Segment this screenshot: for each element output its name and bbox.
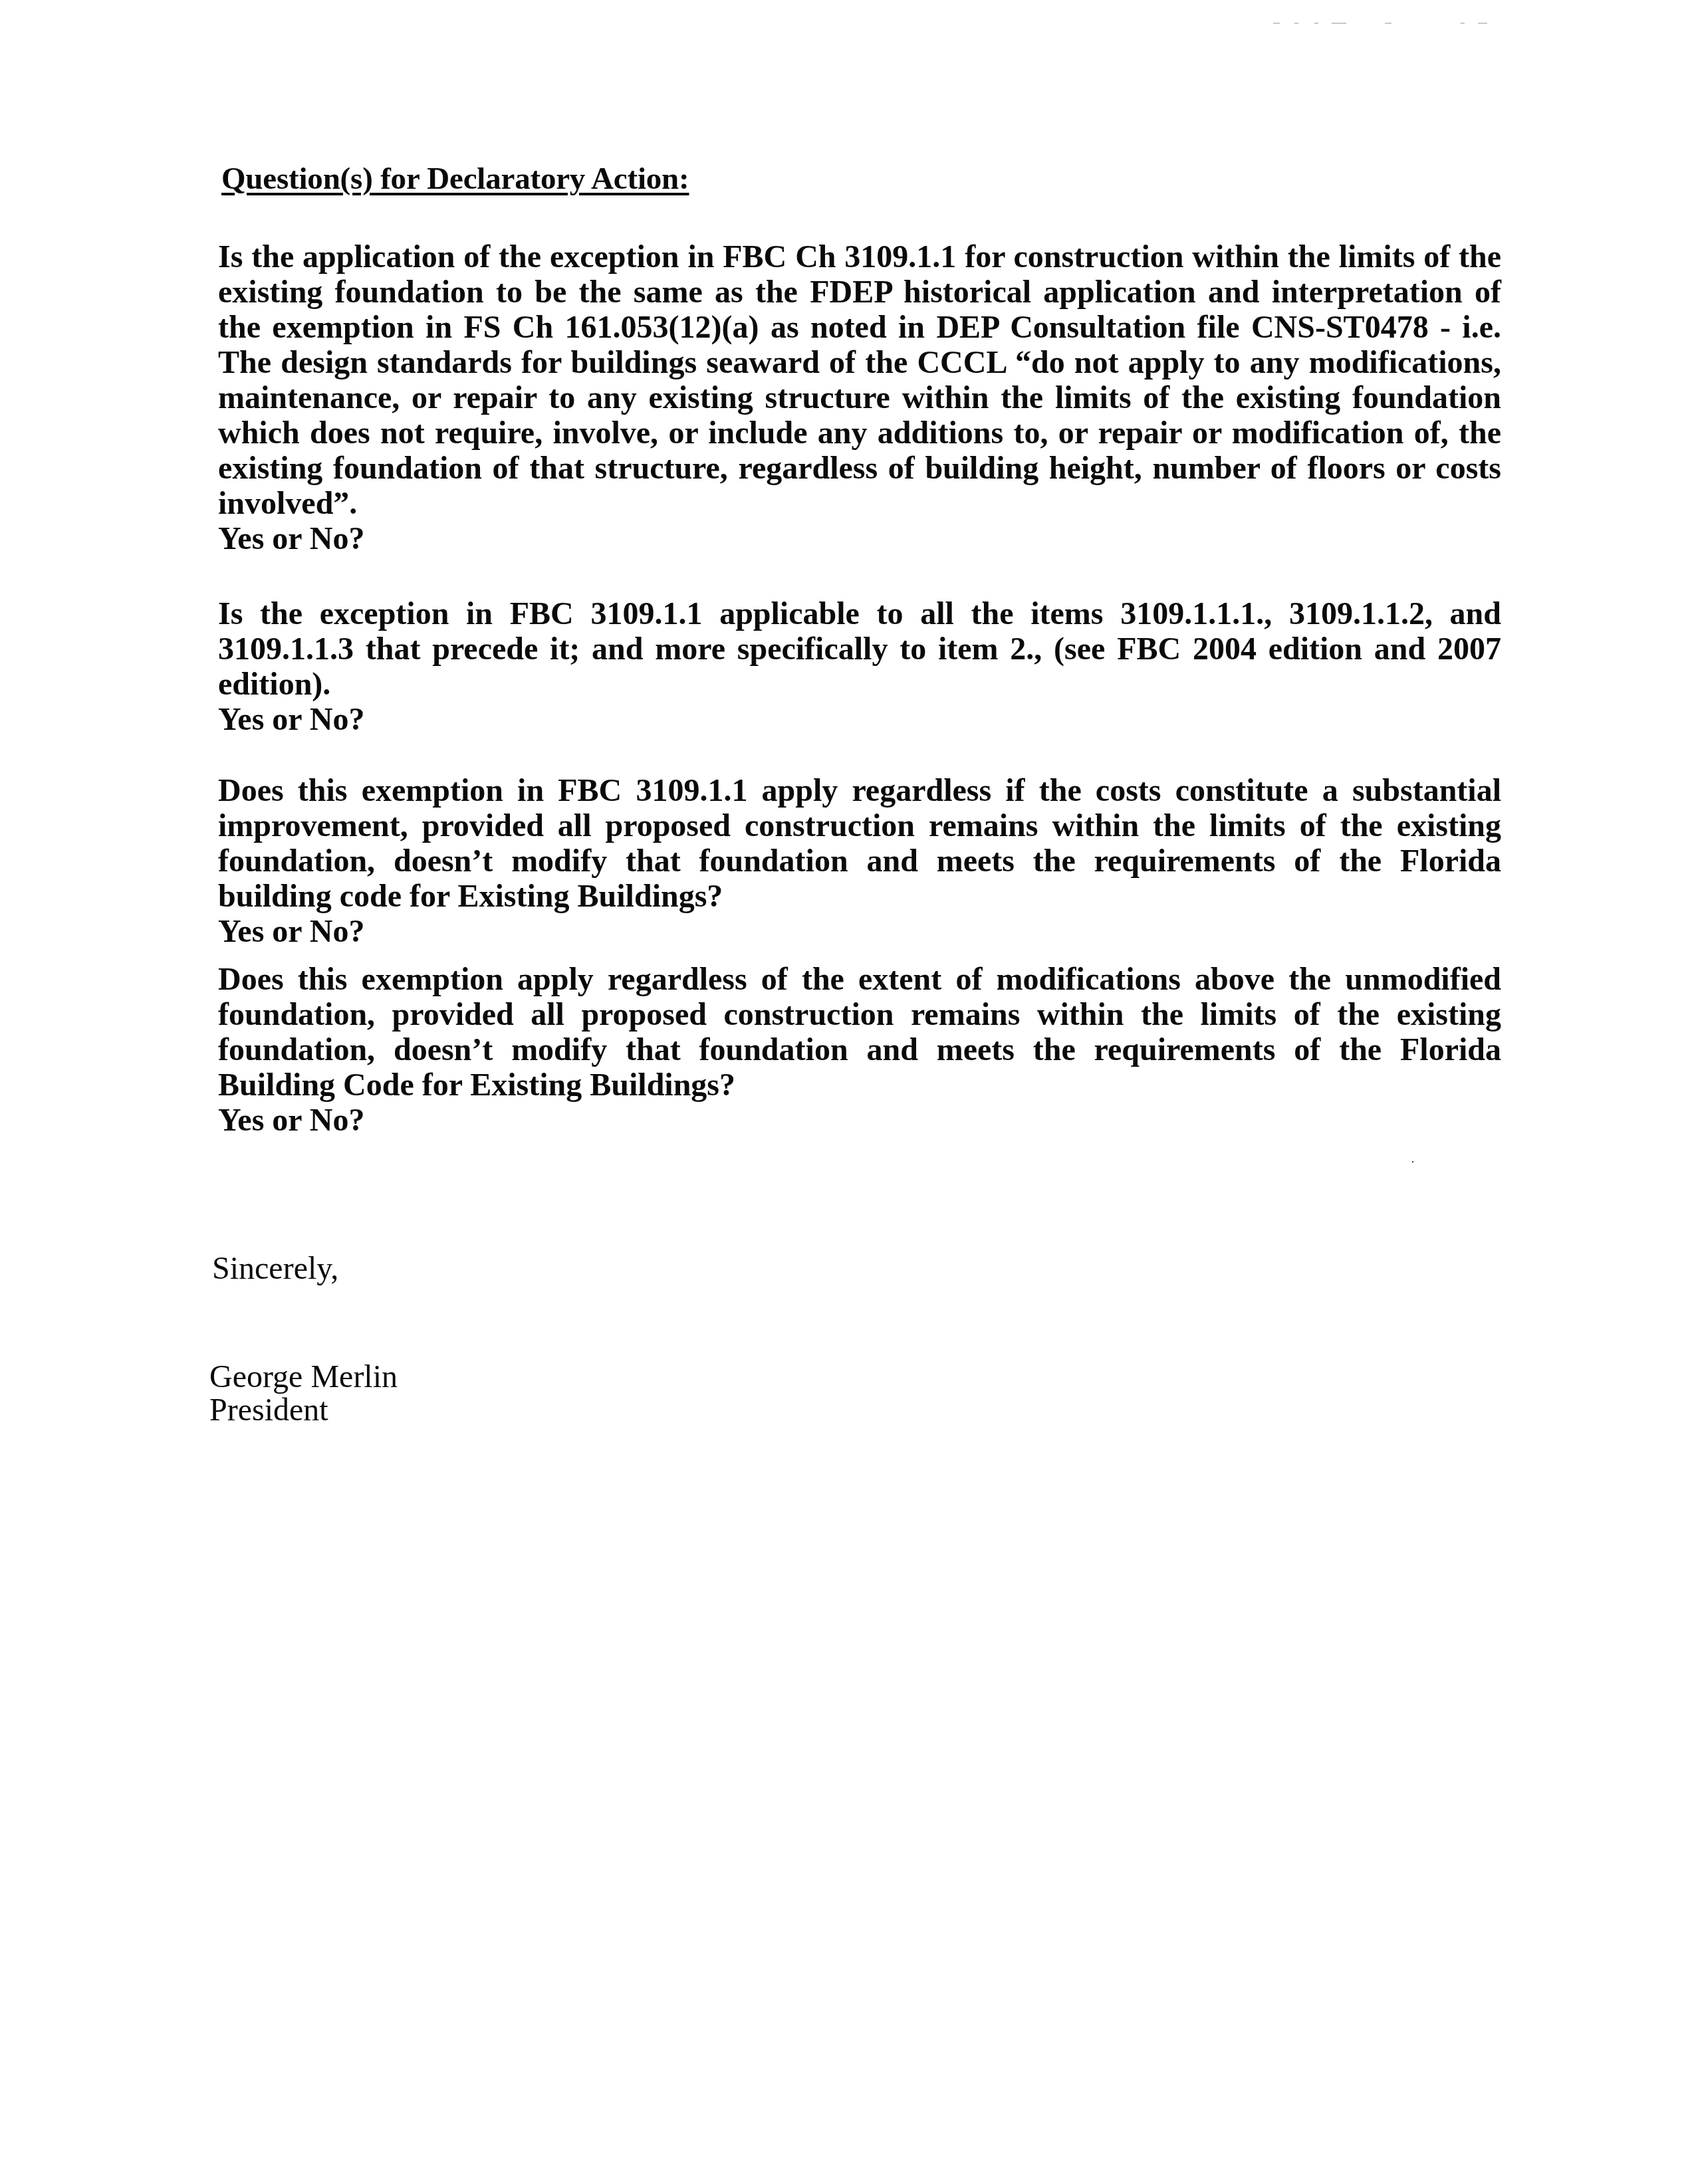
- question-4-line: Building Code for Existing Buildings?: [218, 1067, 1501, 1103]
- answer-prompt: Yes or No?: [218, 521, 1501, 556]
- signature-block: George Merlin President: [209, 1361, 398, 1427]
- question-1-line: maintenance, or repair to any existing s…: [218, 380, 1501, 415]
- answer-prompt: Yes or No?: [218, 914, 1501, 949]
- question-1-line: which does not require, involve, or incl…: [218, 415, 1501, 451]
- question-4-line: foundation, provided all proposed constr…: [218, 997, 1501, 1032]
- question-1: Is the application of the exception in F…: [218, 239, 1501, 556]
- signer-name: George Merlin: [209, 1361, 398, 1394]
- question-1-line: the exemption in FS Ch 161.053(12)(a) as…: [218, 310, 1501, 345]
- question-3-line: improvement, provided all proposed const…: [218, 808, 1501, 843]
- signer-title: President: [209, 1394, 398, 1427]
- closing: Sincerely,: [212, 1251, 338, 1286]
- question-4-line: foundation, doesn’t modify that foundati…: [218, 1032, 1501, 1067]
- scan-speck: [1412, 1161, 1413, 1162]
- question-1-line: existing foundation to be the same as th…: [218, 274, 1501, 310]
- question-3: Does this exemption in FBC 3109.1.1 appl…: [218, 773, 1501, 949]
- question-2-line: Is the exception in FBC 3109.1.1 applica…: [218, 596, 1501, 631]
- scan-artifacts: [1273, 23, 1493, 28]
- question-2-line: edition).: [218, 667, 1501, 702]
- document-page: Question(s) for Declaratory Action: Is t…: [0, 0, 1690, 2184]
- question-4: Does this exemption apply regardless of …: [218, 962, 1501, 1138]
- question-1-line: existing foundation of that structure, r…: [218, 451, 1501, 486]
- question-3-line: building code for Existing Buildings?: [218, 879, 1501, 914]
- question-4-line: Does this exemption apply regardless of …: [218, 962, 1501, 997]
- answer-prompt: Yes or No?: [218, 702, 1501, 737]
- question-3-line: foundation, doesn’t modify that foundati…: [218, 843, 1501, 879]
- question-2: Is the exception in FBC 3109.1.1 applica…: [218, 596, 1501, 737]
- question-1-line: The design standards for buildings seawa…: [218, 345, 1501, 380]
- question-1-line: involved”.: [218, 486, 1501, 521]
- question-1-line: Is the application of the exception in F…: [218, 239, 1501, 274]
- question-2-line: 3109.1.1.3 that precede it; and more spe…: [218, 631, 1501, 667]
- answer-prompt: Yes or No?: [218, 1103, 1501, 1138]
- page-title: Question(s) for Declaratory Action:: [221, 162, 689, 197]
- question-3-line: Does this exemption in FBC 3109.1.1 appl…: [218, 773, 1501, 808]
